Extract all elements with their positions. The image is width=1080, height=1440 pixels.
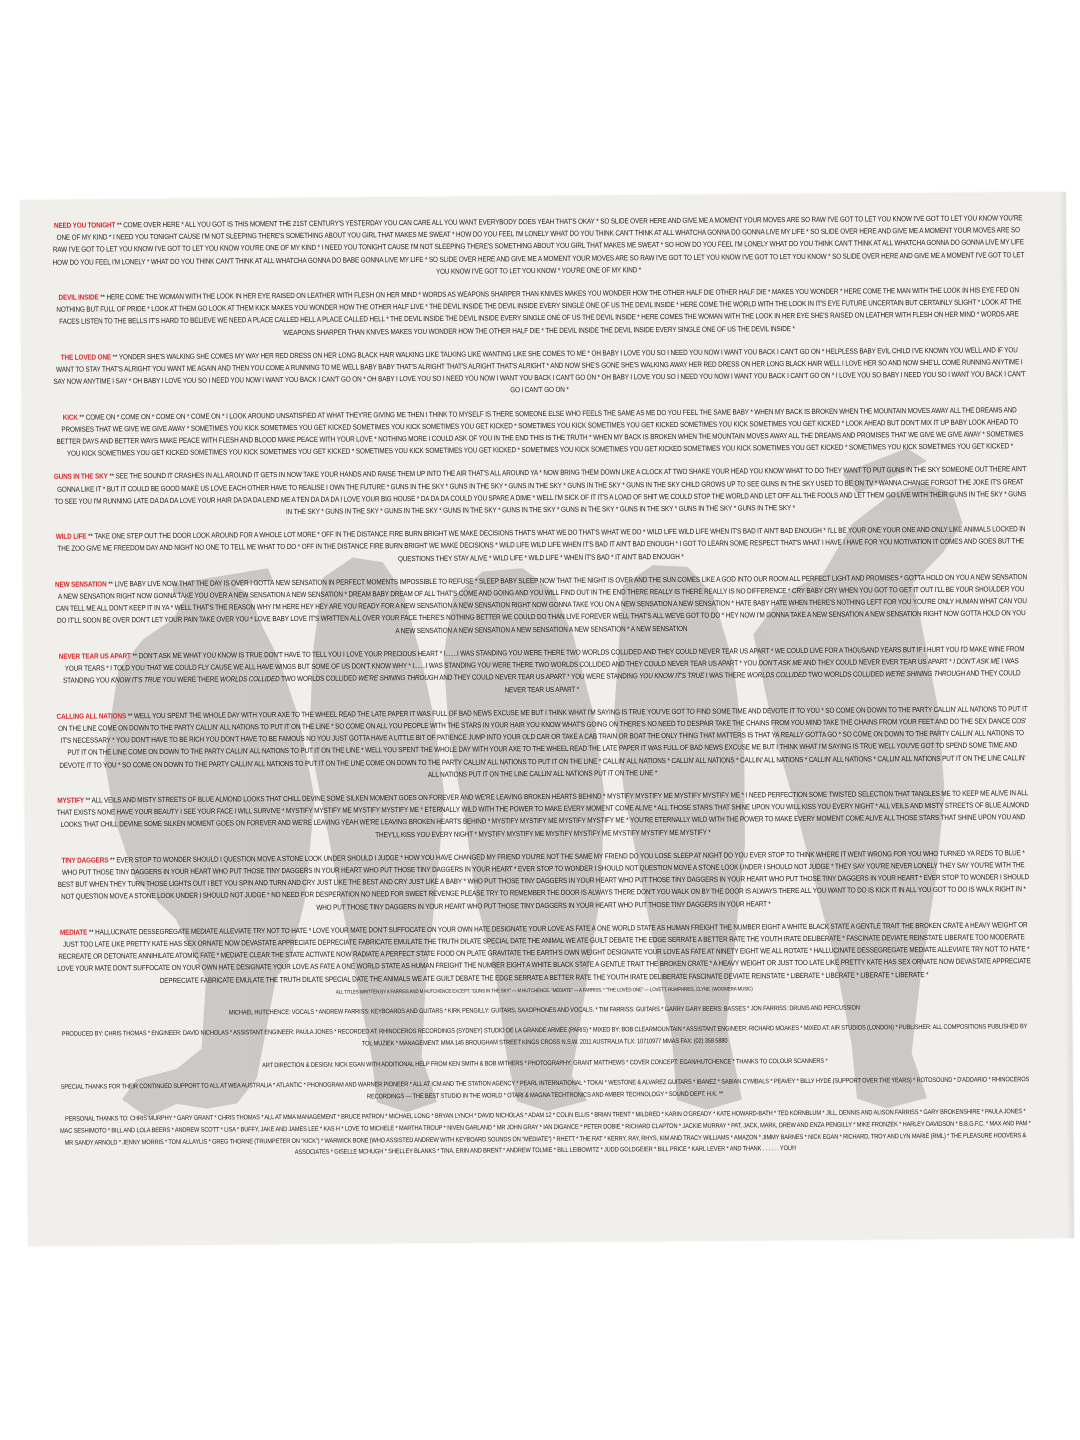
song-title: GUNS IN THE SKY — [54, 472, 108, 481]
song-title: MYSTIFY — [57, 796, 84, 805]
lyric-italic-segment: KNOW IT'S TRUE — [111, 675, 161, 684]
song-title: NEW SENSATION — [55, 579, 107, 588]
song-lyrics-text: WELL YOU SPENT THE WHOLE DAY WITH YOUR A… — [58, 704, 1027, 779]
title-separator: ** — [108, 855, 116, 864]
song-title: KICK — [63, 412, 78, 421]
lyric-segment: TWO WORLDS COLLIDED — [279, 674, 358, 684]
lyric-italic-segment: WORLDS COLLIDED — [220, 674, 280, 683]
lyric-italic-segment: WORLDS COLLIDED — [747, 670, 807, 679]
song-lyrics-text: COME OVER HERE * ALL YOU GOT IS THIS MOM… — [53, 213, 1025, 275]
title-separator: ** — [84, 796, 92, 805]
song-lyrics-text: SEE THE SOUND IT CRASHES IN ALL AROUND I… — [54, 465, 1026, 516]
lyric-segment: AND THEY COULD NEVER EVER TEAR US APART … — [802, 657, 954, 667]
lyrics-and-credits: NEED YOU TONIGHT ** COME OVER HERE * ALL… — [50, 212, 1033, 1169]
song-lyrics-block: WILD LIFE ** TAKE ONE STEP OUT THE DOOR … — [54, 523, 1028, 567]
song-lyrics-block: DEVIL INSIDE ** HERE COME THE WOMAN WITH… — [52, 284, 1026, 340]
song-lyrics-block: KICK ** COME ON * COME ON * COME ON * CO… — [53, 404, 1027, 460]
song-title: NEED YOU TONIGHT — [54, 220, 115, 229]
song-title: CALLING ALL NATIONS — [56, 711, 126, 721]
song-title: WILD LIFE — [56, 532, 87, 541]
album-credits: ALL TITLES WRITTEN BY A FARRISS AND M HU… — [56, 983, 1033, 1161]
band-members-credits: MICHAEL HUTCHENCE: VOCALS * ANDREW FARRI… — [57, 1001, 1031, 1020]
song-lyrics-text: HALLUCINATE DESSEGREGATE MEDIATE ALLEVIA… — [57, 920, 1031, 985]
song-title: DEVIL INSIDE — [58, 293, 98, 302]
title-separator: ** — [86, 532, 94, 541]
song-lyrics-block: MEDIATE ** HALLUCINATE DESSEGREGATE MEDI… — [57, 919, 1031, 988]
song-lyrics-block: GUNS IN THE SKY ** SEE THE SOUND IT CRAS… — [53, 464, 1027, 520]
song-title: MEDIATE — [60, 927, 87, 936]
art-direction-credits: ART DIRECTION & DESIGN: NICK EGAN WITH A… — [58, 1054, 1032, 1073]
special-thanks: SPECIAL THANKS FOR THEIR CONTINUED SUPPO… — [58, 1074, 1032, 1105]
title-separator: ** — [78, 412, 86, 421]
title-separator: ** — [106, 579, 114, 588]
song-lyrics-block: NEW SENSATION ** LIVE BABY LIVE NOW THAT… — [54, 571, 1028, 640]
song-lyrics-text: TAKE ONE STEP OUT THE DOOR LOOK AROUND F… — [57, 525, 1025, 563]
lyric-italic-segment: I DON'T ASK ME — [953, 657, 1000, 666]
song-lyrics-text: ALL VEILS AND MISTY STREETS OF BLUE ALMO… — [56, 788, 1028, 839]
lyric-segment: TWO WORLDS COLLIDED — [806, 670, 885, 680]
song-lyrics-text: LIVE BABY LIVE NOW THAT THE DAY IS OVER … — [55, 572, 1026, 635]
album-inner-sleeve: NEED YOU TONIGHT ** COME OVER HERE * ALL… — [20, 192, 1074, 1246]
song-lyrics-block: TINY DAGGERS ** EVER STOP TO WONDER SHOU… — [56, 847, 1030, 916]
lyric-italic-segment: WE'RE SHINING THROUGH — [885, 669, 965, 679]
title-separator: ** — [126, 711, 134, 720]
production-credits: PRODUCED BY: CHRIS THOMAS * ENGINEER: DA… — [58, 1022, 1032, 1053]
song-lyrics-block: NEVER TEAR US APART ** DON'T ASK ME WHAT… — [55, 643, 1029, 699]
lyric-segment: AND THEY COULD NEVER TEAR US APART * YOU… — [438, 672, 639, 683]
song-title: NEVER TEAR US APART — [59, 651, 131, 661]
lyric-segment: YOU WERE THERE — [161, 675, 220, 684]
song-lyrics-text: YONDER SHE'S WALKING SHE COMES MY WAY HE… — [53, 345, 1025, 395]
song-lyrics-text: COME ON * COME ON * COME ON * COME ON * … — [56, 405, 1023, 458]
lyric-italic-segment: DON'T ASK ME — [758, 658, 801, 667]
personal-thanks: PERSONAL THANKS TO: CHRIS MURPHY * GARY … — [58, 1107, 1032, 1161]
lyric-italic-segment: WE'RE SHINING THROUGH — [358, 673, 438, 683]
song-lyrics-block: THE LOVED ONE ** YONDER SHE'S WALKING SH… — [52, 344, 1026, 400]
song-lyrics-text: EVER STOP TO WONDER SHOULD I QUESTION MO… — [58, 848, 1029, 911]
song-lyrics-block: CALLING ALL NATIONS ** WELL YOU SPENT TH… — [55, 703, 1029, 784]
lyric-segment: I WAS THERE — [704, 671, 747, 680]
song-lyrics-block: MYSTIFY ** ALL VEILS AND MISTY STREETS O… — [56, 787, 1030, 843]
song-title: TINY DAGGERS — [61, 855, 108, 864]
title-separator: ** — [115, 220, 123, 229]
title-separator: ** — [131, 651, 139, 660]
song-lyrics-text: HERE COME THE WOMAN WITH THE LOOK IN HER… — [56, 285, 1021, 336]
song-lyrics-block: NEED YOU TONIGHT ** COME OVER HERE * ALL… — [51, 212, 1025, 281]
lyric-italic-segment: YOU KNOW IT'S TRUE — [639, 671, 704, 681]
song-title: THE LOVED ONE — [61, 352, 111, 361]
